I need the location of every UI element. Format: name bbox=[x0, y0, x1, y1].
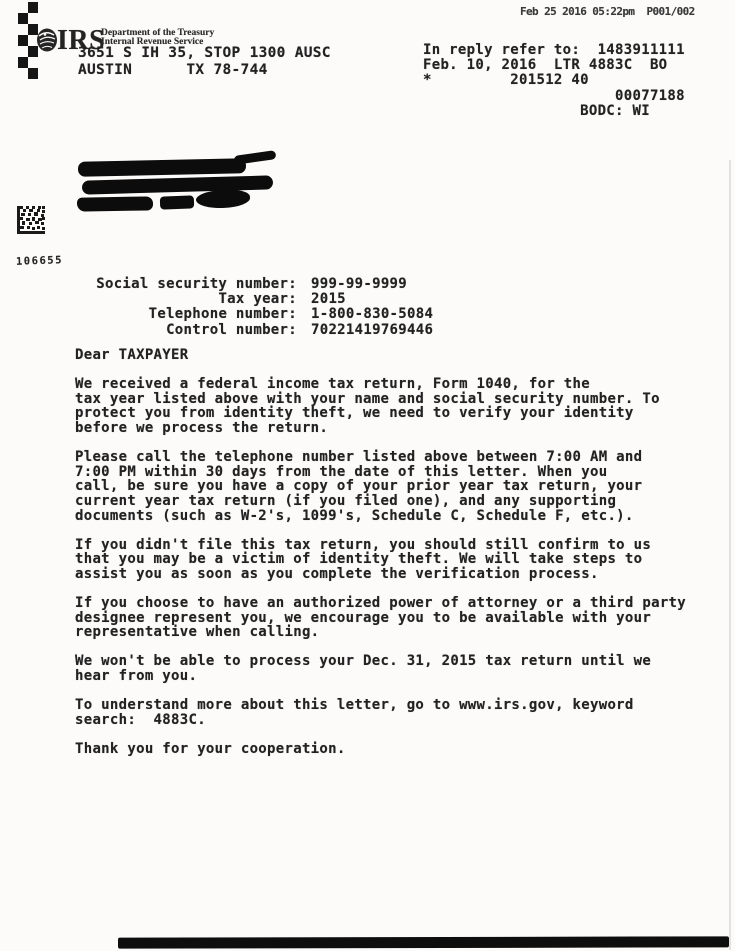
agency-department-lines: Department of the Treasury Internal Reve… bbox=[101, 29, 214, 46]
reply-reference-block: In reply refer to: 1483911111 Feb. 10, 2… bbox=[423, 43, 685, 119]
redaction-stroke bbox=[78, 158, 246, 177]
checkerboard-calibration-mark bbox=[18, 2, 38, 79]
ssn-value: 999-99-9999 bbox=[311, 277, 407, 292]
telephone-label: Telephone number: bbox=[0, 307, 297, 322]
taxpayer-info-block: Social security number: 999-99-9999 Tax … bbox=[0, 277, 735, 338]
scan-edge-artifact bbox=[729, 160, 731, 950]
telephone-value: 1-800-830-5084 bbox=[311, 307, 433, 322]
scan-page-code: 106655 bbox=[16, 254, 63, 268]
tax-year-value: 2015 bbox=[311, 292, 346, 307]
ssn-label: Social security number: bbox=[0, 277, 297, 292]
irs-eagle-logo-icon bbox=[36, 28, 58, 53]
control-number-value: 70221419769446 bbox=[311, 323, 433, 338]
tax-year-label: Tax year: bbox=[0, 292, 297, 307]
scan-bottom-black-bar bbox=[118, 936, 729, 948]
redaction-stroke bbox=[234, 150, 277, 165]
letter-body: Dear TAXPAYER We received a federal inco… bbox=[75, 348, 686, 757]
datamatrix-barcode-icon bbox=[17, 206, 45, 234]
info-row-telephone: Telephone number: 1-800-830-5084 bbox=[0, 307, 735, 322]
redaction-stroke bbox=[160, 195, 194, 209]
fax-timestamp: Feb 25 2016 05:22pm P001/002 bbox=[520, 5, 695, 18]
info-row-control-number: Control number: 70221419769446 bbox=[0, 323, 735, 338]
agency-address: 3651 S IH 35, STOP 1300 AUSC AUSTIN TX 7… bbox=[78, 45, 331, 78]
scanned-irs-letter-page: Feb 25 2016 05:22pm P001/002 IRS Departm… bbox=[0, 0, 735, 951]
redaction-stroke bbox=[196, 189, 251, 210]
info-row-ssn: Social security number: 999-99-9999 bbox=[0, 277, 735, 292]
redaction-stroke bbox=[77, 196, 153, 211]
control-number-label: Control number: bbox=[0, 323, 297, 338]
info-row-tax-year: Tax year: 2015 bbox=[0, 292, 735, 307]
